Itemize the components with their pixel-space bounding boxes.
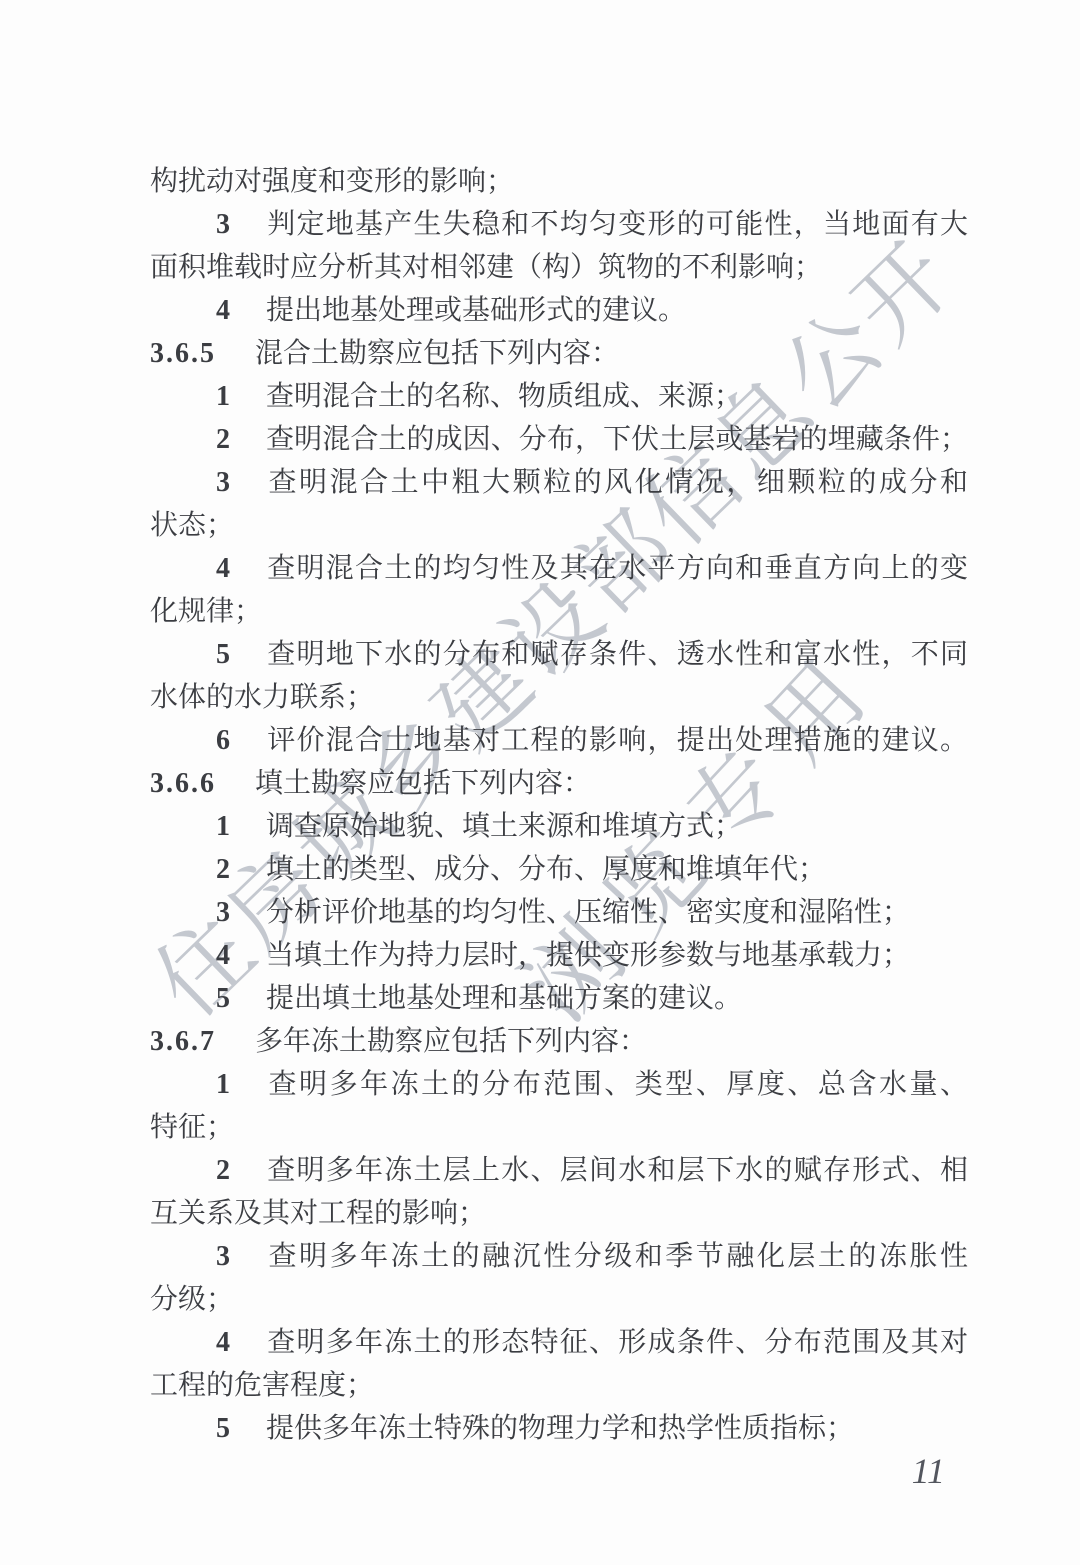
line-text: 提出地基处理或基础形式的建议。 (266, 295, 686, 326)
item-line: 1查明混合土的名称、物质组成、来源； (150, 375, 968, 418)
text-line: 状态； (150, 504, 968, 547)
line-text: 特征； (150, 1112, 234, 1143)
item-line: 2填土的类型、成分、分布、厚度和堆填年代； (150, 848, 968, 891)
line-text: 提出填土地基处理和基础方案的建议。 (266, 983, 742, 1014)
item-line: 4查明混合土的均匀性及其在水平方向和垂直方向上的变 (150, 547, 968, 590)
page-number: 11 (912, 1450, 945, 1492)
line-text: 混合土勘察应包括下列内容： (255, 338, 619, 369)
item-number: 5 (216, 977, 266, 1020)
item-line: 6评价混合土地基对工程的影响，提出处理措施的建议。 (150, 719, 968, 762)
item-line: 4当填土作为持力层时，提供变形参数与地基承载力； (150, 934, 968, 977)
item-line: 5提供多年冻土特殊的物理力学和热学性质指标； (150, 1407, 968, 1450)
item-line: 5提出填土地基处理和基础方案的建议。 (150, 977, 968, 1020)
item-line: 5查明地下水的分布和赋存条件、透水性和富水性，不同 (150, 633, 968, 676)
line-text: 查明多年冻土的分布范围、类型、厚度、总含水量、 (266, 1069, 968, 1100)
item-line: 1调查原始地貌、填土来源和堆填方式； (150, 805, 968, 848)
item-line: 3查明多年冻土的融沉性分级和季节融化层土的冻胀性 (150, 1235, 968, 1278)
text-block: 构扰动对强度和变形的影响；3判定地基产生失稳和不均匀变形的可能性，当地面有大面积… (150, 160, 968, 1450)
item-line: 2查明多年冻土层上水、层间水和层下水的赋存形式、相 (150, 1149, 968, 1192)
text-line: 特征； (150, 1106, 968, 1149)
item-line: 2查明混合土的成因、分布，下伏土层或基岩的埋藏条件； (150, 418, 968, 461)
line-text: 化规律； (150, 596, 262, 627)
item-number: 3 (216, 891, 266, 934)
text-line: 构扰动对强度和变形的影响； (150, 160, 968, 203)
item-number: 4 (216, 1321, 266, 1364)
text-line: 工程的危害程度； (150, 1364, 968, 1407)
item-line: 4提出地基处理或基础形式的建议。 (150, 289, 968, 332)
line-text: 调查原始地貌、填土来源和堆填方式； (266, 811, 742, 842)
text-line: 水体的水力联系； (150, 676, 968, 719)
line-text: 状态； (150, 510, 234, 541)
line-text: 查明混合土的名称、物质组成、来源； (266, 381, 742, 412)
item-number: 1 (216, 375, 266, 418)
section-line: 3.6.7多年冻土勘察应包括下列内容： (150, 1020, 968, 1063)
text-line: 面积堆载时应分析其对相邻建（构）筑物的不利影响； (150, 246, 968, 289)
item-number: 6 (216, 719, 266, 762)
line-text: 查明多年冻土的融沉性分级和季节融化层土的冻胀性 (266, 1241, 968, 1272)
item-line: 3查明混合土中粗大颗粒的风化情况，细颗粒的成分和 (150, 461, 968, 504)
line-text: 水体的水力联系； (150, 682, 374, 713)
section-number: 3.6.5 (150, 332, 255, 375)
line-text: 构扰动对强度和变形的影响； (150, 166, 514, 197)
document-page: 住房城乡建设部信息公开 浏览专用 构扰动对强度和变形的影响；3判定地基产生失稳和… (0, 0, 1080, 1565)
line-text: 分级； (150, 1284, 234, 1315)
item-number: 3 (216, 1235, 266, 1278)
line-text: 查明混合土的均匀性及其在水平方向和垂直方向上的变 (266, 553, 968, 584)
item-number: 4 (216, 934, 266, 977)
line-text: 填土的类型、成分、分布、厚度和堆填年代； (266, 854, 826, 885)
line-text: 分析评价地基的均匀性、压缩性、密实度和湿陷性； (266, 897, 910, 928)
line-text: 填土勘察应包括下列内容： (255, 768, 591, 799)
item-number: 3 (216, 461, 266, 504)
text-line: 互关系及其对工程的影响； (150, 1192, 968, 1235)
item-number: 3 (216, 203, 266, 246)
line-text: 判定地基产生失稳和不均匀变形的可能性，当地面有大 (266, 209, 968, 240)
item-line: 4查明多年冻土的形态特征、形成条件、分布范围及其对 (150, 1321, 968, 1364)
line-text: 提供多年冻土特殊的物理力学和热学性质指标； (266, 1413, 854, 1444)
line-text: 查明多年冻土的形态特征、形成条件、分布范围及其对 (266, 1327, 968, 1358)
item-number: 4 (216, 289, 266, 332)
item-line: 3判定地基产生失稳和不均匀变形的可能性，当地面有大 (150, 203, 968, 246)
item-number: 2 (216, 418, 266, 461)
line-text: 查明多年冻土层上水、层间水和层下水的赋存形式、相 (266, 1155, 968, 1186)
line-text: 工程的危害程度； (150, 1370, 374, 1401)
item-number: 5 (216, 1407, 266, 1450)
item-number: 5 (216, 633, 266, 676)
section-number: 3.6.6 (150, 762, 255, 805)
item-number: 2 (216, 848, 266, 891)
section-line: 3.6.6填土勘察应包括下列内容： (150, 762, 968, 805)
line-text: 互关系及其对工程的影响； (150, 1198, 486, 1229)
item-line: 1查明多年冻土的分布范围、类型、厚度、总含水量、 (150, 1063, 968, 1106)
item-number: 2 (216, 1149, 266, 1192)
item-number: 1 (216, 805, 266, 848)
line-text: 多年冻土勘察应包括下列内容： (255, 1026, 647, 1057)
line-text: 查明混合土中粗大颗粒的风化情况，细颗粒的成分和 (266, 467, 968, 498)
section-number: 3.6.7 (150, 1020, 255, 1063)
line-text: 查明混合土的成因、分布，下伏土层或基岩的埋藏条件； (266, 424, 968, 455)
line-text: 当填土作为持力层时，提供变形参数与地基承载力； (266, 940, 910, 971)
section-line: 3.6.5混合土勘察应包括下列内容： (150, 332, 968, 375)
line-text: 面积堆载时应分析其对相邻建（构）筑物的不利影响； (150, 252, 822, 283)
item-line: 3分析评价地基的均匀性、压缩性、密实度和湿陷性； (150, 891, 968, 934)
line-text: 查明地下水的分布和赋存条件、透水性和富水性，不同 (266, 639, 968, 670)
item-number: 4 (216, 547, 266, 590)
text-line: 分级； (150, 1278, 968, 1321)
line-text: 评价混合土地基对工程的影响，提出处理措施的建议。 (266, 725, 968, 756)
item-number: 1 (216, 1063, 266, 1106)
text-line: 化规律； (150, 590, 968, 633)
